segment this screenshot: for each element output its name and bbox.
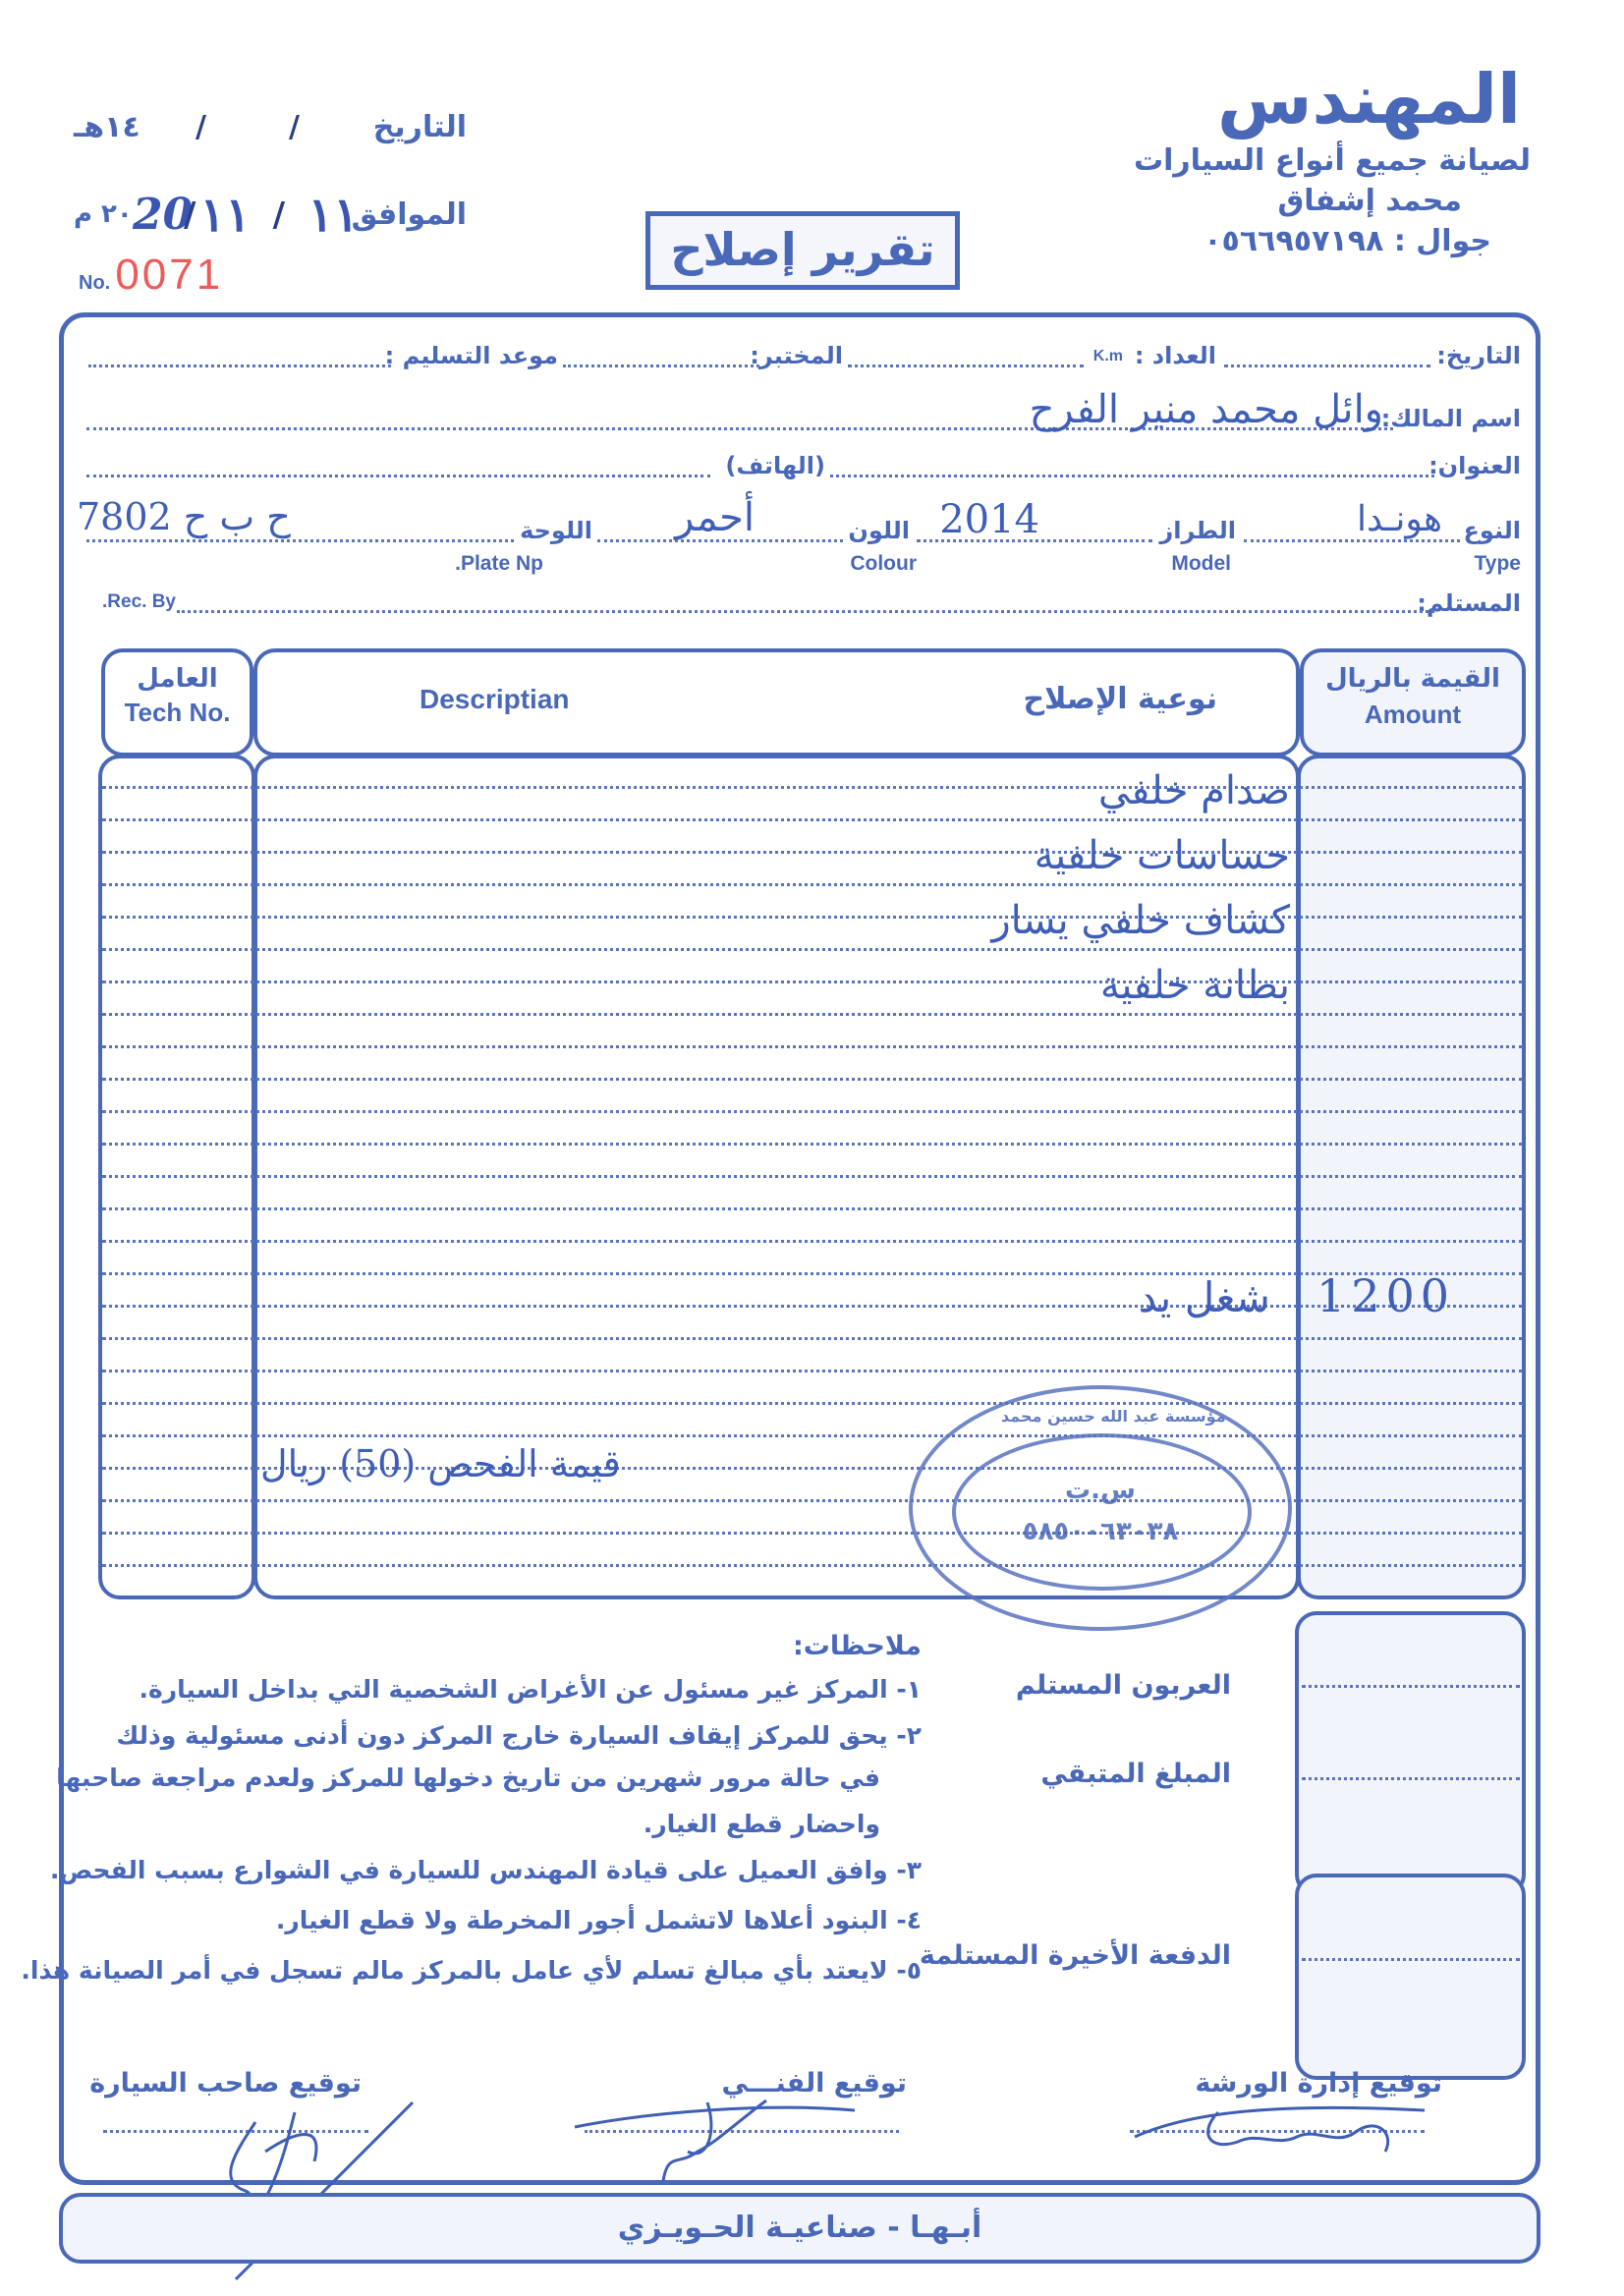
hijri-slash-1: / — [289, 110, 300, 144]
table-row-line — [102, 1175, 1523, 1178]
company-tagline: لصيانة جميع أنواع السيارات — [980, 143, 1531, 178]
management-signature — [1130, 2093, 1444, 2161]
note-item: ١- المركز غير مسئول عن الأغراض الشخصية ا… — [37, 1675, 922, 1704]
serial-prefix: No. — [79, 272, 110, 294]
table-row-line — [102, 1143, 1523, 1146]
stamp-inner-ring — [952, 1433, 1252, 1591]
table-row-line — [102, 916, 1523, 919]
table-row-line — [102, 786, 1523, 789]
owner-name: محمد إشفاق — [980, 184, 1531, 218]
mobile-label: جوال : — [1394, 224, 1491, 258]
date-label: التاريخ: — [1436, 342, 1521, 369]
mobile-number: ٠٥٦٦٩٥٧١٩٨ — [1204, 224, 1383, 258]
remaining-field[interactable] — [1302, 1774, 1520, 1780]
hijri-date-label: التاريخ — [373, 110, 467, 144]
delivery-label: موعد التسليم : — [385, 342, 558, 369]
repair-item-description: حساسات خلفية — [1035, 833, 1290, 878]
address-field[interactable] — [830, 468, 1434, 477]
info-row-1: التاريخ: العداد : K.m المختبر: موعد التس… — [86, 342, 1521, 377]
tech-header-cell: العامل Tech No. — [101, 648, 253, 756]
table-row-line — [102, 883, 1523, 886]
owner-label: اسم المالك: — [1381, 405, 1521, 432]
company-name: المهندس — [980, 59, 1531, 140]
phone-field[interactable] — [86, 468, 710, 477]
note-item: واحضار قطع الغيار. — [37, 1810, 880, 1838]
repair-item-description: كشاف خلفي يسار — [991, 898, 1290, 943]
table-row-line — [102, 1207, 1523, 1210]
deposit-label: العربون المستلم — [1016, 1670, 1231, 1701]
deposit-field[interactable] — [1302, 1682, 1520, 1688]
date-field[interactable] — [1224, 358, 1430, 367]
table-row-line — [102, 851, 1523, 854]
gregorian-date-line: الموافق ١١ / ١١ 20 / ٢٠ م — [74, 192, 467, 251]
final-payment-label: الدفعة الأخيرة المستلمة — [920, 1940, 1231, 1971]
hijri-date-line: التاريخ / / ١٤هـ — [74, 110, 467, 159]
footer-location: أبـهـا - صناعيـة الحـويـزي — [618, 2197, 982, 2260]
footer-bar: أبـهـا - صناعيـة الحـويـزي — [59, 2193, 1540, 2264]
notes-section: ملاحظات: ١- المركز غير مسئول عن الأغراض … — [37, 1631, 922, 1985]
technician-signature — [570, 2093, 865, 2191]
plate-label-en: Plate Np. — [455, 552, 543, 576]
payments-box-bottom — [1295, 1874, 1526, 2080]
amount-header-cell: القيمة بالريال Amount — [1300, 648, 1526, 756]
repair-item[interactable]: بطانة خلفية — [1100, 963, 1290, 1008]
payments-box-top — [1295, 1611, 1526, 1896]
table-row-line — [102, 1402, 1523, 1405]
description-header-ar: نوعية الإصلاح — [1024, 682, 1217, 716]
stamp-outer-text: مؤسسة عبد الله حسين محمد — [1001, 1407, 1226, 1426]
serial-number-block: No. 0071 — [79, 251, 223, 300]
colour-label-en: Colour — [850, 552, 917, 576]
note-item: في حالة مرور شهرين من تاريخ دخولها للمرك… — [37, 1764, 880, 1792]
odometer-label: العداد : — [1135, 342, 1216, 369]
address-label: العنوان: — [1428, 452, 1521, 479]
note-item: ٥- لايعتد بأي مبالغ تسلم لأي عامل بالمرك… — [37, 1956, 922, 1985]
note-item: ٤- البنود أعلاها لاتشمل أجور المخرطة ولا… — [37, 1906, 922, 1934]
note-item: ٣- وافق العميل على قيادة المهندس للسيارة… — [37, 1856, 922, 1884]
mobile-line: جوال : ٠٥٦٦٩٥٧١٩٨ — [980, 224, 1531, 258]
gregorian-slash-2: / — [184, 196, 196, 235]
inspection-fee-note[interactable]: قيمة الفحص (50) ريال — [260, 1442, 621, 1485]
info-row-address: العنوان: (الهاتف) — [86, 452, 1521, 487]
hijri-suffix: ١٤هـ — [74, 110, 140, 144]
company-stamp: مؤسسة عبد الله حسين محمد س.ت ٥٨٥٠٠٦٣٠٣٨ — [909, 1385, 1292, 1631]
phone-label: (الهاتف) — [725, 452, 825, 479]
table-row-line — [102, 1532, 1523, 1535]
labour-amount[interactable]: 1200 — [1316, 1269, 1455, 1322]
year-value[interactable]: 2014 — [939, 497, 1039, 542]
tech-header-en: Tech No. — [105, 698, 250, 728]
odometer-field[interactable] — [848, 358, 1084, 367]
plate-value[interactable]: 7802 ح ب ح — [77, 495, 291, 538]
stamp-cr-label: س.ت — [913, 1476, 1288, 1505]
table-row-line — [102, 948, 1523, 951]
colour-value[interactable]: أحمر — [675, 495, 755, 540]
gregorian-suffix: م — [74, 199, 92, 229]
info-row-receiver: المستلم: Rec. By. — [86, 588, 1521, 623]
table-row-line — [102, 1240, 1523, 1243]
table-row-line — [102, 1045, 1523, 1048]
gregorian-slash-1: / — [273, 196, 285, 235]
gregorian-year-prefix: ٢٠ — [101, 199, 133, 229]
table-row-line — [102, 1499, 1523, 1502]
table-row-line — [102, 818, 1523, 821]
table-row-line — [102, 1272, 1523, 1275]
notes-title: ملاحظات: — [37, 1631, 922, 1661]
hijri-slash-2: / — [196, 110, 206, 144]
form-title-text: تقرير إصلاح — [670, 223, 934, 276]
stamp-cr-number: ٥٨٥٠٠٦٣٠٣٨ — [913, 1517, 1288, 1546]
description-header-en: Descriptian — [420, 684, 570, 715]
receiver-field[interactable] — [177, 603, 1434, 613]
amount-header-ar: القيمة بالريال — [1304, 664, 1522, 694]
type-value[interactable]: هونـدا — [1357, 499, 1442, 539]
gregorian-label: الموافق — [352, 197, 467, 232]
delivery-field[interactable] — [88, 358, 391, 367]
info-row-owner: اسم المالك: وائل محمد منير الفرح — [86, 393, 1521, 442]
amount-header-en: Amount — [1304, 700, 1522, 730]
form-title: تقرير إصلاح — [645, 211, 960, 290]
plate-label: اللوحة — [520, 517, 592, 544]
owner-value[interactable]: وائل محمد منير الفرح — [1030, 387, 1383, 432]
model-label: الطراز — [1159, 517, 1236, 544]
model-label-en: Model — [1171, 552, 1231, 576]
table-row-line — [102, 1305, 1523, 1308]
labour-description[interactable]: شغل يد — [1139, 1273, 1270, 1321]
table-row-line — [102, 1078, 1523, 1081]
table-row-line — [102, 980, 1523, 983]
repair-item-description: صدام خلفي — [1098, 768, 1290, 813]
table-row-line — [102, 1370, 1523, 1372]
table-row-line — [102, 1013, 1523, 1016]
type-label-en: Type — [1475, 552, 1521, 576]
tester-field[interactable] — [563, 358, 759, 367]
repair-item[interactable]: صدام خلفي — [1098, 768, 1290, 813]
info-row-vehicle: النوع Type هونـدا الطراز Model 2014 اللو… — [86, 501, 1521, 580]
colour-label: اللون — [848, 517, 910, 544]
type-label: النوع — [1464, 517, 1521, 544]
gregorian-day[interactable]: ١١ — [308, 188, 359, 243]
description-header-cell: Descriptian نوعية الإصلاح — [253, 648, 1300, 756]
table-row-line — [102, 1110, 1523, 1113]
table-row-line — [102, 1564, 1523, 1567]
serial-number: 0071 — [115, 251, 223, 299]
final-payment-field[interactable] — [1302, 1955, 1520, 1961]
receiver-label-en: Rec. By. — [102, 591, 176, 613]
repair-item[interactable]: حساسات خلفية — [1035, 833, 1290, 878]
table-row-line — [102, 1337, 1523, 1340]
remaining-label: المبلغ المتبقي — [1040, 1759, 1231, 1789]
tech-header-ar: العامل — [105, 664, 250, 694]
table-row-line — [102, 1434, 1523, 1437]
company-logo-block: المهندس لصيانة جميع أنواع السيارات محمد … — [980, 59, 1531, 258]
tester-label: المختبر: — [750, 342, 843, 369]
repair-item-description: بطانة خلفية — [1100, 963, 1290, 1008]
note-item: ٢- يحق للمركز إيقاف السيارة خارج المركز … — [37, 1721, 922, 1750]
odometer-unit: K.m — [1093, 348, 1123, 365]
gregorian-month[interactable]: ١١ — [199, 188, 251, 243]
repair-item[interactable]: كشاف خلفي يسار — [991, 898, 1290, 943]
